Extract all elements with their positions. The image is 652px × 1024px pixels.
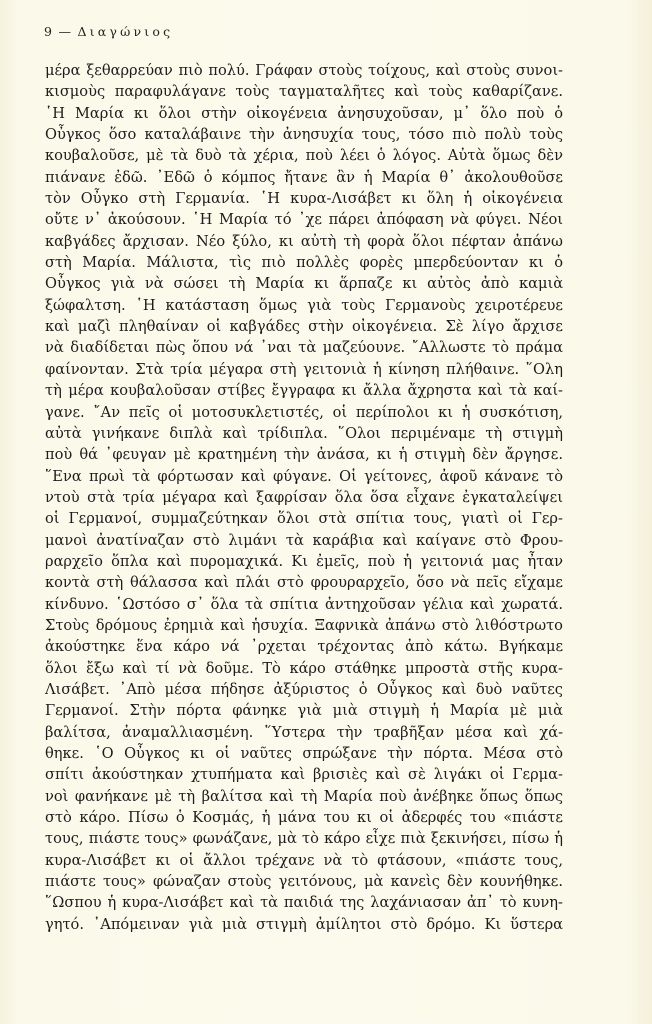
text-line: ἀκούστηκε ἕνα κάρο νά ᾽ρχεται τρέχοντας … xyxy=(45,636,563,657)
body-text: μέρα ξεθαρρεύαν πιὸ πολύ. Γράφαν στοὺς τ… xyxy=(45,60,563,935)
text-line: βαλίτσα, ἀναμαλλιασμένη. ῞Υστερα τὴν τρα… xyxy=(45,722,563,743)
text-line: Οὖγκος γιὰ νὰ σώσει τὴ Μαρία κι ἅρπαζε κ… xyxy=(45,273,563,294)
text-line: πιάνανε ἐδῶ. ᾿Εδῶ ὁ κόμπος ἤτανε ἂν ἡ Μα… xyxy=(45,167,563,188)
text-line: κισμοὺς παραφυλάγανε τοὺς ταγματαλῆτες κ… xyxy=(45,81,563,102)
text-line: ῞Ωσπου ἡ κυρα-Λισάβετ καὶ τὰ παιδιά της … xyxy=(45,892,563,913)
text-line: ῞Ενα πρωὶ τὰ φόρτωσαν καὶ φύγανε. Οἱ γεί… xyxy=(45,466,563,487)
text-line: ὅλοι ἔξω καὶ τί νὰ δοῦμε. Τὸ κάρο στάθηκ… xyxy=(45,658,563,679)
text-line: σπίτι ἀκούστηκαν χτυπήματα καὶ βρισιὲς κ… xyxy=(45,764,563,785)
text-line: μανοὶ ἀνατίναζαν στὸ λιμάνι τὰ καράβια κ… xyxy=(45,530,563,551)
text-line: κίνδυνο. ῾Ωστόσο σ᾽ ὅλα τὰ σπίτια ἀντηχο… xyxy=(45,594,563,615)
text-line: Στοὺς δρόμους ἐρημιὰ καὶ ἡσυχία. Ξαφνικὰ… xyxy=(45,615,563,636)
text-line: γανε. ῎Αν πεῖς οἱ μοτοσυκλετιστές, οἱ πε… xyxy=(45,402,563,423)
text-line: ξώφαλτση. ῾Η κατάσταση ὅμως γιὰ τοὺς Γερ… xyxy=(45,295,563,316)
text-line: φαίνονταν. Στὰ τρία μέγαρα στὴ γειτονιὰ … xyxy=(45,359,563,380)
text-line: κυρα-Λισάβετ κι οἱ ἄλλοι τρέχανε νὰ τὸ φ… xyxy=(45,850,563,871)
text-line: οἱ Γερμανοί, συμμαζεύτηκαν ὅλοι στὰ σπίτ… xyxy=(45,508,563,529)
text-line: καβγάδες ἄρχισαν. Νέο ξύλο, κι αὐτὴ τὴ φ… xyxy=(45,231,563,252)
text-line: κοντὰ στὴ θάλασσα καὶ πλάι στὸ φρουραρχε… xyxy=(45,572,563,593)
text-line: Οὖγκος ὅσο καταλάβαινε τὴν ἀνησυχία τους… xyxy=(45,124,563,145)
text-line: στὸ κάρο. Πίσω ὁ Κοσμάς, ἡ μάνα του κι ο… xyxy=(45,807,563,828)
text-line: στὴ Μαρία. Μάλιστα, τὶς πιὸ πολλὲς φορὲς… xyxy=(45,252,563,273)
text-line: πιάστε τους» φώναζαν στοὺς γειτόνους, μὰ… xyxy=(45,871,563,892)
text-line: ῾Η Μαρία κι ὅλοι στὴν οἰκογένεια ἀνησυχο… xyxy=(45,103,563,124)
text-line: κουβαλοῦσε, μὲ τὰ δυὸ τὰ χέρια, ποὺ λέει… xyxy=(45,145,563,166)
running-head-dash: — xyxy=(58,24,71,39)
text-line: οὔτε ν᾽ ἀκούσουν. ῾Η Μαρία τό ᾽χε πάρει … xyxy=(45,209,563,230)
running-head: 9—Διαγώνιος xyxy=(44,24,173,39)
text-line: Γερμανοί. Στὴν πόρτα φάνηκε γιὰ μιὰ στιγ… xyxy=(45,700,563,721)
text-line: θηκε. ῾Ο Οὖγκος κι οἱ ναῦτες σπρώξανε τὴ… xyxy=(45,743,563,764)
text-line: γητό. ᾿Απόμειναν γιὰ μιὰ στιγμὴ ἀμίλητοι… xyxy=(45,914,563,935)
text-line: Λισάβετ. ᾿Απὸ μέσα πήδησε ἀξύριστος ὁ Οὖ… xyxy=(45,679,563,700)
text-line: νοὶ φανήκανε μὲ τὴ βαλίτσα καὶ τὴ Μαρία … xyxy=(45,786,563,807)
text-line: μέρα ξεθαρρεύαν πιὸ πολύ. Γράφαν στοὺς τ… xyxy=(45,60,563,81)
book-page: 9—Διαγώνιος μέρα ξεθαρρεύαν πιὸ πολύ. Γρ… xyxy=(0,0,652,1024)
text-line: τὸν Οὖγκο στὴ Γερμανία. ῾Η κυρα-Λισάβετ … xyxy=(45,188,563,209)
text-line: καὶ μαζὶ πληθαίναν οἱ καβγάδες στὴν οἰκο… xyxy=(45,316,563,337)
text-line: τους, πιάστε τους» φωνάζανε, μὰ τὸ κάρο … xyxy=(45,828,563,849)
text-line: νὰ διαδίδεται πὼς ὅπου νά ᾽ναι τὰ μαζεύο… xyxy=(45,337,563,358)
text-line: ραρχεῖο ὅπλα καὶ πυρομαχικά. Κι ἐμεῖς, π… xyxy=(45,551,563,572)
text-line: ποὺ θά ᾽φευγαν μὲ κρατημένη τὴν ἀνάσα, κ… xyxy=(45,444,563,465)
text-line: αὐτὰ γινήκανε διπλὰ καὶ τρίδιπλα. ῞Ολοι … xyxy=(45,423,563,444)
text-line: τὴ μέρα κουβαλοῦσαν στίβες ἔγγραφα κι ἄλ… xyxy=(45,380,563,401)
running-head-title: Διαγώνιος xyxy=(77,24,173,39)
text-line: ντοὺ στὰ τρία μέγαρα καὶ ξαφρίσαν ὅλα ὅσ… xyxy=(45,487,563,508)
page-number: 9 xyxy=(44,24,52,39)
